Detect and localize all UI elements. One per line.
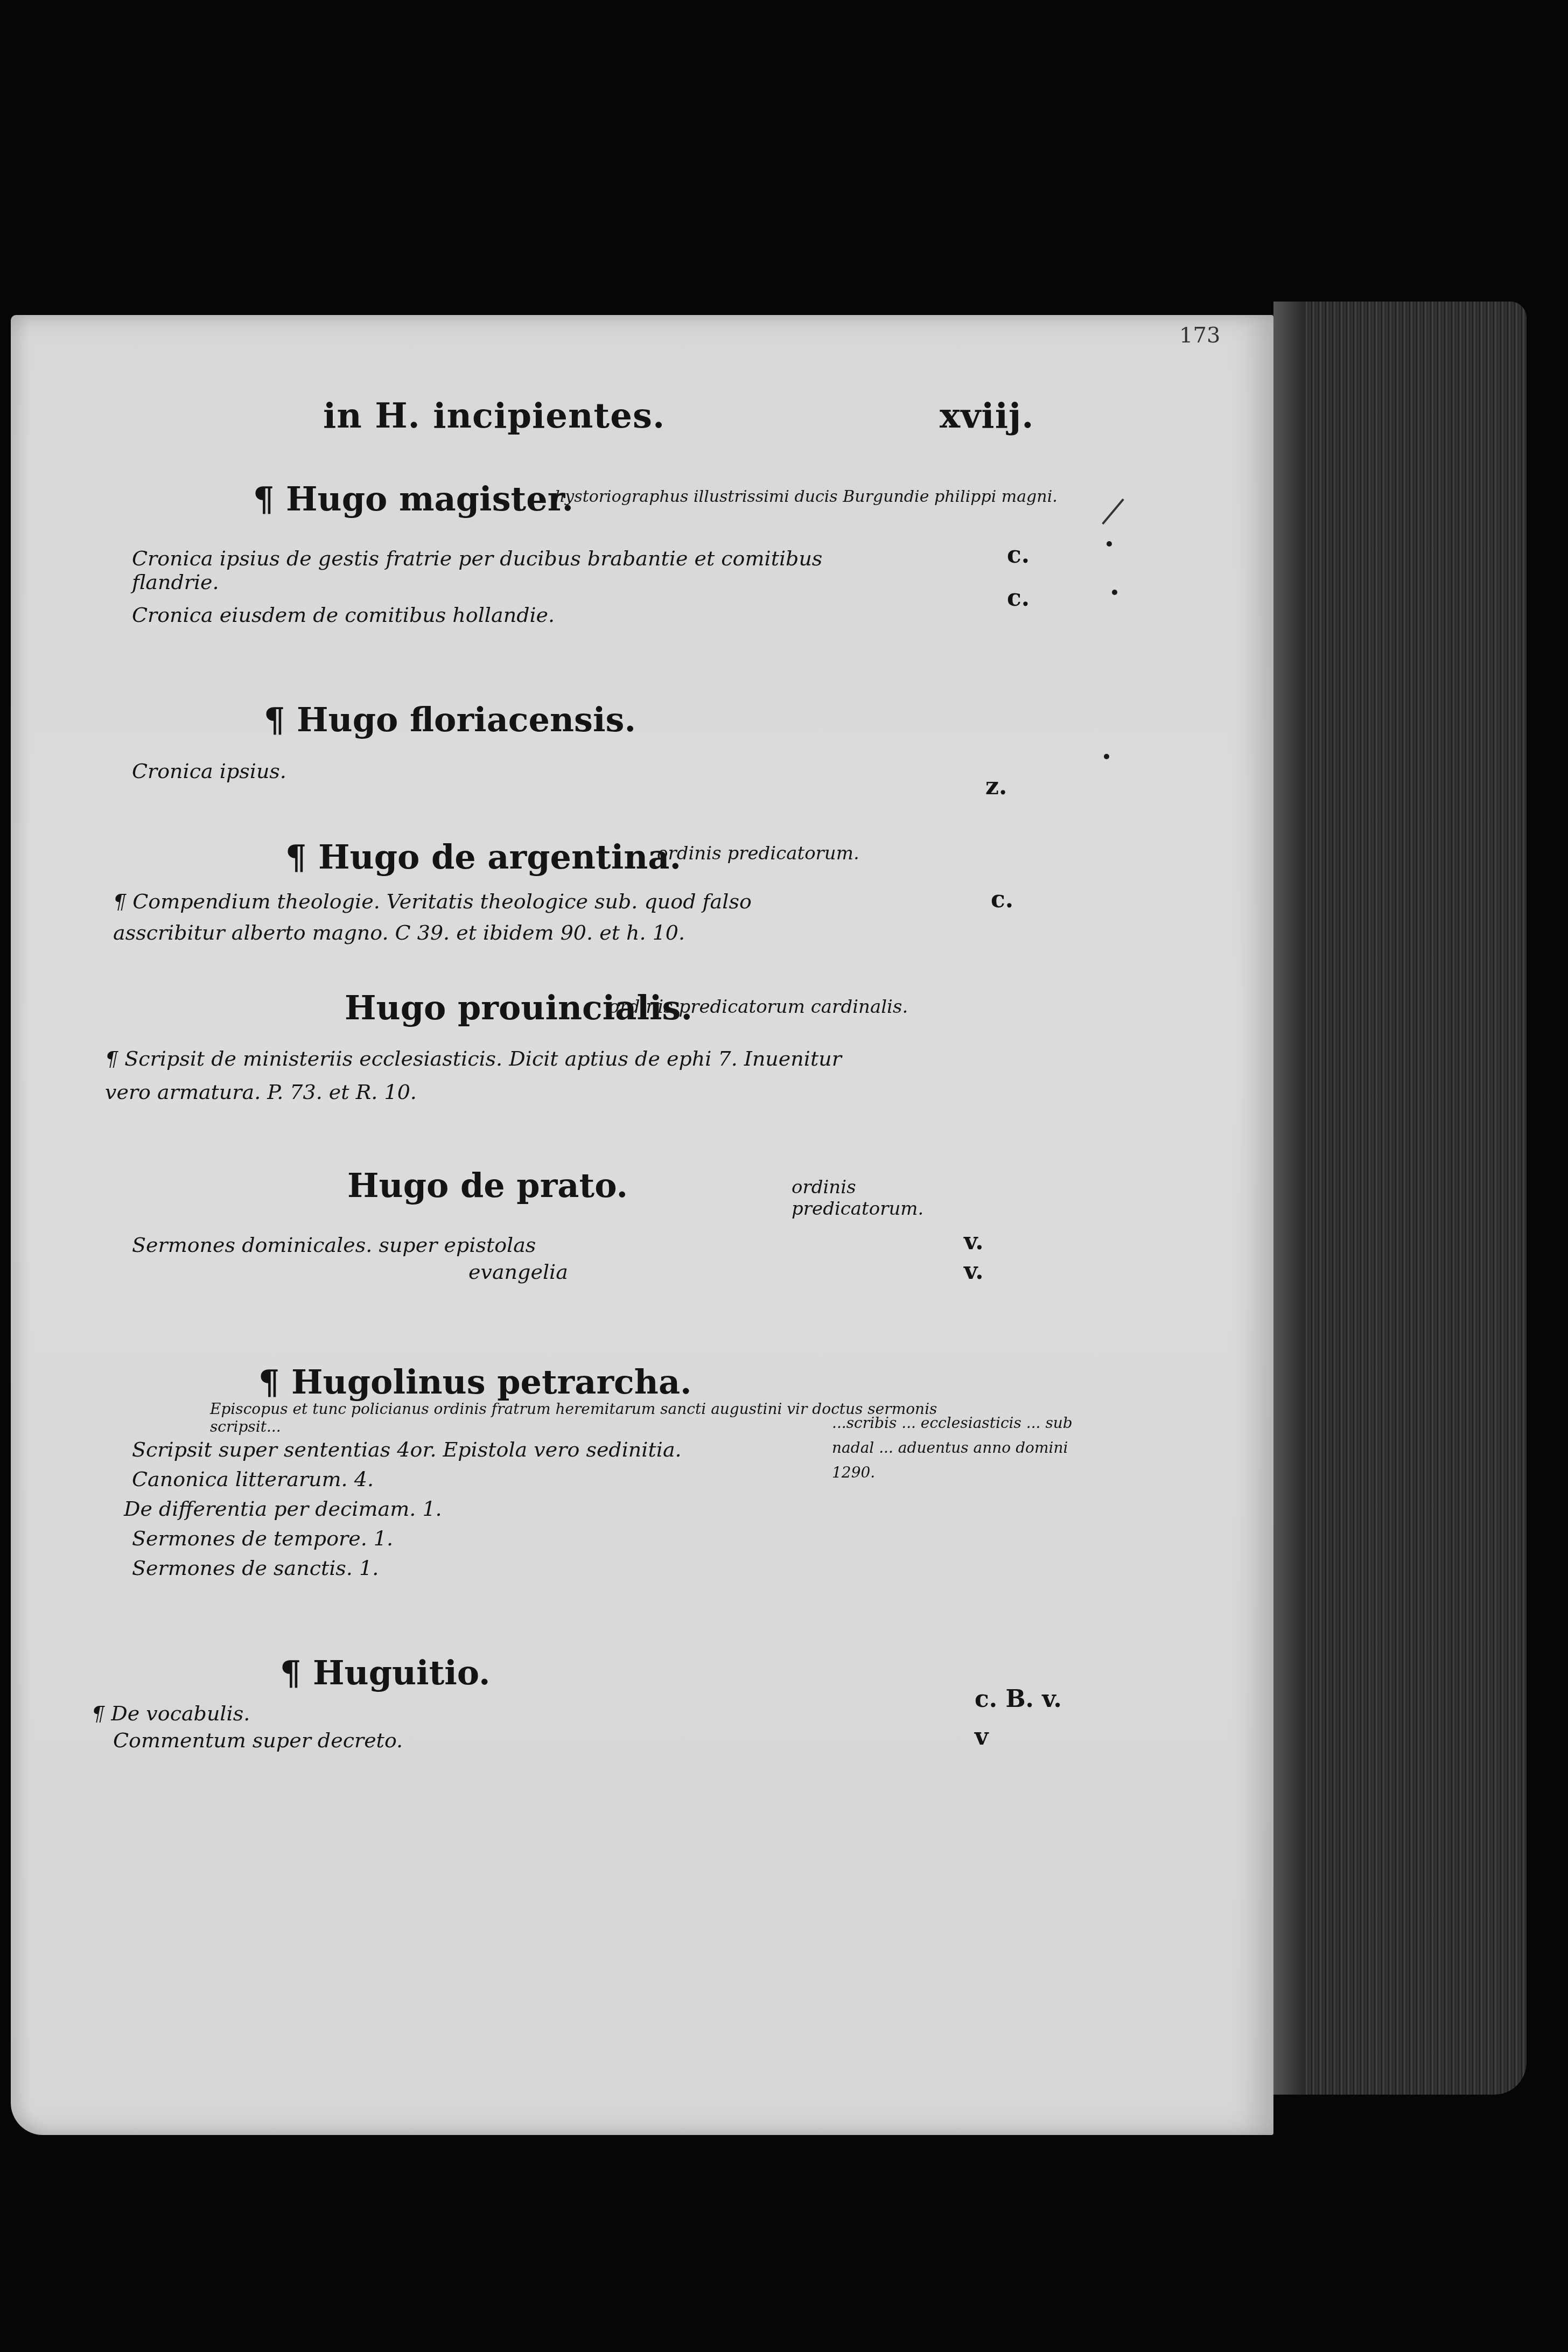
entry-text: De differentia per decimam. 1. bbox=[124, 1497, 442, 1521]
entry-text: Commentum super decreto. bbox=[113, 1728, 403, 1752]
entry-text: evangelia bbox=[468, 1260, 568, 1284]
entry-text: Scripsit super sententias 4or. Epistola … bbox=[132, 1438, 682, 1461]
shelf-mark: c. bbox=[991, 886, 1013, 913]
section-heading-note: ordinis predicatorum. bbox=[657, 843, 859, 864]
shelf-mark: z. bbox=[985, 773, 1007, 800]
book-fore-edge bbox=[1273, 302, 1527, 2095]
entry-text: Cronica eiusdem de comitibus hollandie. bbox=[132, 603, 555, 627]
running-head-right: xviij. bbox=[940, 396, 1034, 436]
shelf-mark: v. bbox=[964, 1257, 983, 1285]
section-heading: Hugo de prato. bbox=[347, 1166, 628, 1205]
section-heading: ¶ Hugo magister. bbox=[253, 479, 573, 519]
entry-text: ¶ Scripsit de ministeriis ecclesiasticis… bbox=[105, 1042, 859, 1109]
margin-dot bbox=[1107, 541, 1112, 547]
entry-text: Cronica ipsius de gestis fratrie per duc… bbox=[132, 547, 832, 594]
section-heading-note: ordinis predicatorum. bbox=[792, 1177, 985, 1220]
shelf-mark: c. bbox=[1007, 541, 1030, 569]
entry-text: Sermones de tempore. 1. bbox=[132, 1527, 393, 1550]
section-heading: ¶ Hugo de argentina. bbox=[285, 837, 681, 877]
margin-dot bbox=[1112, 590, 1117, 595]
entry-text: Cronica ipsius. bbox=[132, 759, 286, 783]
margin-dot bbox=[1104, 754, 1109, 759]
running-head-left: in H. incipientes. bbox=[323, 396, 665, 436]
entry-text: ¶ Compendium theologie. Veritatis theolo… bbox=[113, 886, 856, 948]
entry-text: ¶ De vocabulis. bbox=[92, 1702, 250, 1725]
shelf-mark: c. B. v. bbox=[975, 1685, 1062, 1713]
section-heading: ¶ Hugo floriacensis. bbox=[264, 700, 636, 739]
entry-text: Sermones dominicales. super epistolas bbox=[132, 1233, 536, 1257]
section-heading-note: ordinis predicatorum cardinalis. bbox=[608, 996, 908, 1018]
shelf-mark: v. bbox=[964, 1228, 983, 1255]
entry-text: Sermones de sanctis. 1. bbox=[132, 1556, 379, 1580]
section-heading-note: hystoriographus illustrissimi ducis Burg… bbox=[555, 487, 1058, 506]
entry-text: Canonica litterarum. 4. bbox=[132, 1467, 374, 1491]
shelf-mark: v bbox=[975, 1723, 989, 1751]
folio-number: 173 bbox=[1179, 323, 1220, 348]
section-heading: ¶ Huguitio. bbox=[280, 1653, 491, 1692]
shelf-mark: c. bbox=[1007, 584, 1030, 612]
side-note: ...scribis ... ecclesiasticis ... sub na… bbox=[832, 1411, 1112, 1485]
section-heading: ¶ Hugolinus petrarcha. bbox=[258, 1362, 692, 1402]
